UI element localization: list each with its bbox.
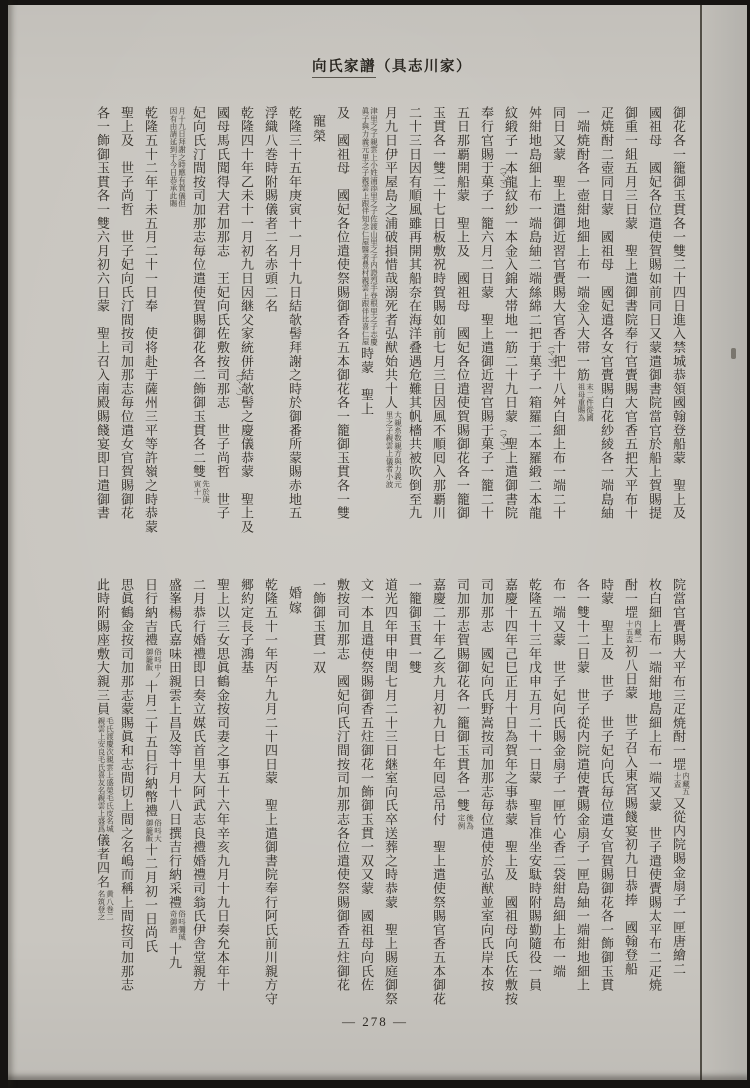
interlinear-note: 内藏二十五盃 — [624, 620, 641, 643]
interlinear-note: 毛氏渡慶次親雲上盛榮毛氏皮名城親雲上安良毛氏喜友名親雲上盛爲 — [96, 717, 113, 833]
text-column: 嘉慶十四年己巳正月十日為賀年之事恭蒙 聖上及 國祖母向氏佐敷按 — [498, 578, 522, 1026]
text-column: 盛峯楊氏嘉味田親雲上昌及等十月十八日撰吉行納采禮俗呌彌珹奇御酒十九 — [162, 578, 186, 1026]
text-column: 各一雙十二日蒙 世子從内院遣使賷賜金扇子一匣島紬一端紺地細上 — [570, 578, 594, 1026]
text-column: 文一本且遣使祭賜御香五炷御花一飾御玉貫一双又蒙 國祖母向氏佐 — [354, 578, 378, 1026]
scan-edge-left — [0, 0, 8, 1088]
interlinear-note: 後為定例 — [456, 814, 473, 829]
interlinear-note-line: 内藏二 — [633, 620, 642, 643]
interlinear-note-line: 黄八巻二 — [105, 890, 114, 921]
interlinear-note-line: 末二件從國 — [585, 383, 594, 422]
scan-edge-top — [0, 0, 750, 5]
text-column: 浮織八巻時附賜儀者二名赤頭二名 — [258, 106, 282, 574]
interlinear-note: 津里之子親雲上小姓浦添里之子佐渡山里之子内證烈手登根里之子志慶眞子與力義元里之子… — [360, 107, 377, 346]
interlinear-note-line: 大親糸数親方與力義元 — [393, 411, 402, 488]
text-column: 日行納吉禮俗呌中ノ御籠飯十月二十五日行納幣禮俗呌大御籠飯十二月初一日尚氏 — [138, 578, 162, 1026]
scan-smudge — [731, 348, 736, 359]
interlinear-note-line: 親雲上安良毛氏喜友名親雲上盛爲 — [96, 717, 105, 833]
text-column: 同日又蒙 聖上遣御近習官賷賜大官香十把十八舛白細上布一端二十 — [546, 106, 570, 574]
text-column: 及 國祖母 國妃各位遣使祭賜御香各五本御花各一籠御玉貫各一雙 — [330, 106, 354, 574]
text-column: 國祖母 國妃各位遣使賀賜如前同日又蒙遣御書院當官於船上賀賜提 — [642, 106, 666, 574]
interlinear-note-line: 俗呌彌珹 — [177, 910, 186, 941]
text-column: 乾隆三十五年庚寅十一月十九日結欹髻拜謝之時於御番所蒙賜赤地五 — [282, 106, 306, 574]
interlinear-note-line: 祖母重賜為 — [576, 383, 585, 422]
text-column: 二月恭行婚禮即日奏立媒氏首里大阿武志良禮婚禮司翁氏伊舎堂親方 — [186, 578, 210, 1026]
text-column: 枚白細上布一端紺地島細上布一端又蒙 世子遣使賷賜太平布二疋焼 — [642, 578, 666, 1026]
interlinear-note-line: 内藏五 — [681, 772, 690, 795]
upper-text-register: 御花各一籠御玉貫各一雙二十四日進入禁城恭領國翰登船蒙 聖上及國祖母 國妃各位遣使… — [88, 106, 690, 574]
text-column: 司加那志 國妃向氏野嵩按司加那志毎位遣使於弘猷並室向氏岸本按 — [474, 578, 498, 1026]
interlinear-note-line: 俗呌大 — [153, 819, 162, 842]
text-column: 乾隆四十年乙未十一月初九日因継父家統併結欹髻之慶儀恭蒙 聖上及 — [234, 106, 258, 574]
interlinear-note-line: 十五盃 — [624, 620, 633, 643]
text-column: 思眞鶴金按司加那志蒙賜眞和志間切上間之名嶋而稱上間按司加那志 — [114, 578, 138, 1026]
interlinear-note: 内藏五十盃 — [672, 772, 689, 795]
text-column: 嘉慶二十年乙亥九月初九日七年囘忌吊付 聖上遣使祭賜官香五本御花 — [426, 578, 450, 1026]
text-column: 聖上以三女思眞鶴金按司妻之事五十六年辛亥九月十九日奏允本年十 — [210, 578, 234, 1026]
text-column: 奉行官賜于（ママ）菓子一籠六月二日蒙 聖上遣御近習官賜于（ママ）菓子一籠二十 — [474, 106, 498, 574]
text-column: 此時附賜座敷大親三員毛氏渡慶次親雲上盛榮毛氏皮名城親雲上安良毛氏喜友名親雲上盛爲… — [90, 578, 114, 1026]
interlinear-note-line: 定例 — [456, 814, 465, 829]
interlinear-note: 俗呌中ノ御籠飯 — [144, 648, 161, 679]
text-column: 敷按司加那志 國妃向氏汀間按司加那志各位遣使祭賜御香五炷御花 — [330, 578, 354, 1026]
interlinear-note-line: 先於庚 — [201, 480, 210, 503]
text-column: 司加那志賀賜御花各一籠御玉貫各一雙後為定例 — [450, 578, 474, 1026]
interlinear-note-line: 俗呌中ノ — [153, 648, 162, 679]
text-column: 妃向氏汀間按司加那志毎位遣使賀賜御花各二飾御玉貫各二雙先於庚寅十一 — [186, 106, 210, 574]
interlinear-note-line: 寅十一 — [192, 480, 201, 503]
text-column: 乾隆五十三年戊申五月二十一日蒙 聖旨准坐安駄時附賜勤隨役一員 — [522, 578, 546, 1026]
lower-text-register: 院當官賷賜大平布三疋焼酎一堽内藏五十盃又從内院賜金扇子一匣唐繪二枚白細上布一端紺… — [88, 578, 690, 1026]
page-title-main: 向氏家譜 — [312, 59, 376, 78]
text-column: 一籠御玉貫一雙 — [402, 578, 426, 1026]
genealogy-scan-page: { "page": { "title_main": "向氏家譜", "title… — [0, 0, 750, 1088]
section-header: 婚嫁 — [282, 578, 306, 1026]
interlinear-note: 月十九日拜謝之時應有賀儀但因有由請延到于今日恭承此賜 — [168, 107, 185, 207]
interlinear-note-line: 毛氏渡慶次親雲上盛榮毛氏皮名城 — [105, 717, 114, 833]
text-column: 各一飾御玉貫各一雙六月初六日蒙 聖上召入南殿賜餞宴即日遣御書 — [90, 106, 114, 574]
text-column: 聖上及 世子尚哲 世子妃向氏汀間按司加那志毎位遣女官賀賜御花 — [114, 106, 138, 574]
interlinear-note: 大親糸数親方與力義元里之子親雲上儀者小波 — [384, 411, 401, 488]
page-edge-shadow — [703, 0, 747, 1088]
page-edge-line — [700, 0, 702, 1088]
interlinear-note-line: 名筑登之 — [96, 890, 105, 921]
text-column: 郷約定長子鴻基 — [234, 578, 258, 1026]
interlinear-note: 末二件從國祖母重賜為 — [576, 383, 593, 422]
interlinear-note: 俗呌大御籠飯 — [144, 819, 161, 842]
interlinear-note: 先於庚寅十一 — [192, 480, 209, 503]
page-number: — 278 — — [0, 1014, 750, 1030]
interlinear-note: 黄八巻二名筑登之 — [96, 890, 113, 921]
interlinear-note-line: 因有由請延到于今日恭承此賜 — [168, 107, 177, 207]
text-column: 一端焼酎各一壺紺地細上布一端金入大帯一筋末二件從國祖母重賜為 — [570, 106, 594, 574]
interlinear-note-line: 後為 — [465, 814, 474, 829]
text-column: 月十九日拜謝之時應有賀儀但因有由請延到于今日恭承此賜 — [162, 106, 186, 574]
scan-edge-bottom — [0, 1080, 750, 1088]
text-column: 津里之子親雲上小姓浦添里之子佐渡山里之子内證烈手登根里之子志慶眞子與力義元里之子… — [354, 106, 378, 574]
page-title: 向氏家譜（具志川家） — [312, 55, 472, 76]
interlinear-note-line: 眞子與力義元里之子親雲上跟伴知念仁屋醫者豊村親雲上跟伴比喜仁屋 — [360, 107, 369, 346]
text-column: 疋焼酎二壺同日蒙 國祖母 國妃遣各女官賷賜白花紗綾各一端島紬 — [594, 106, 618, 574]
text-column: 院當官賷賜大平布三疋焼酎一堽内藏五十盃又從内院賜金扇子一匣唐繪二 — [666, 578, 690, 1026]
text-column: 國母馬氏聞得大君加那志 王妃向氏佐敷按司（マヽ）那志 世子尚哲 世子 — [210, 106, 234, 574]
section-header: 寵榮 — [306, 106, 330, 574]
interlinear-note: 俗呌彌珹奇御酒 — [168, 910, 185, 941]
text-column: 御花各一籠御玉貫各一雙二十四日進入禁城恭領國翰登船蒙 聖上及 — [666, 106, 690, 574]
text-column: 月九日伊平屋島之浦破損惜哉溺死者弘猷始共十人大親糸数親方與力義元里之子親雲上儀者… — [378, 106, 402, 574]
text-column: 御重一組五月三日蒙 聖上遣御書院奉行官賷賜大官香五把大平布十 — [618, 106, 642, 574]
text-column: 玉貫各一雙二十七日板敷祝時賀賜如前七月三日因風不順囘入那覇川 — [426, 106, 450, 574]
text-column: 乾隆五十一年丙午九月二十四日蒙 聖上遣御書院奉行阿氏前川親方守 — [258, 578, 282, 1026]
interlinear-note-line: 津里之子親雲上小姓浦添里之子佐渡山里之子内證烈手登根里之子志慶 — [369, 107, 378, 346]
text-column: 二十三日因有順風雖再開其船奈在海洋叠遇危難其帆檣共被吹倒至九 — [402, 106, 426, 574]
page-title-paren: （具志川家） — [376, 59, 472, 75]
text-column: 酎一堽内藏二十五盃初八日蒙 世子召入東宮賜餞宴初九日恭捧 國翰登船 — [618, 578, 642, 1026]
interlinear-note-line: 御籠飯 — [144, 648, 153, 679]
interlinear-note-line: 月十九日拜謝之時應有賀儀但 — [177, 107, 186, 207]
interlinear-note-line: 十盃 — [672, 772, 681, 795]
text-column: 布一端又蒙 世子妃向氏賜金扇子一匣竹心香二袋紺島細上布一端 — [546, 578, 570, 1026]
text-column: 道光四年甲申閏七月二十三日継室向氏卒送葬之時恭蒙 聖上賜庭御祭 — [378, 578, 402, 1026]
text-column: 五日那覇開船蒙 聖上及 國祖母 國妃各位遣使賀賜御花各一籠御 — [450, 106, 474, 574]
text-column: 乾隆五十二年丁未五月二十一日奉 使将赴于薩州三平等許嶺之時恭蒙 — [138, 106, 162, 574]
text-column: 時蒙 聖上及 世子 世子妃向氏毎位遣女官賀賜御花各一飾御玉貫 — [594, 578, 618, 1026]
text-column: 舛紺地島細上布一端島紬二端絲綿二把于（ママ）菓子一箱羅二本羅緞二本龍 — [522, 106, 546, 574]
interlinear-note-line: 奇御酒 — [168, 910, 177, 941]
interlinear-note-line: 御籠飯 — [144, 819, 153, 842]
interlinear-note-line: 里之子親雲上儀者小波 — [384, 411, 393, 488]
text-column: 一飾御玉貫一双 — [306, 578, 330, 1026]
